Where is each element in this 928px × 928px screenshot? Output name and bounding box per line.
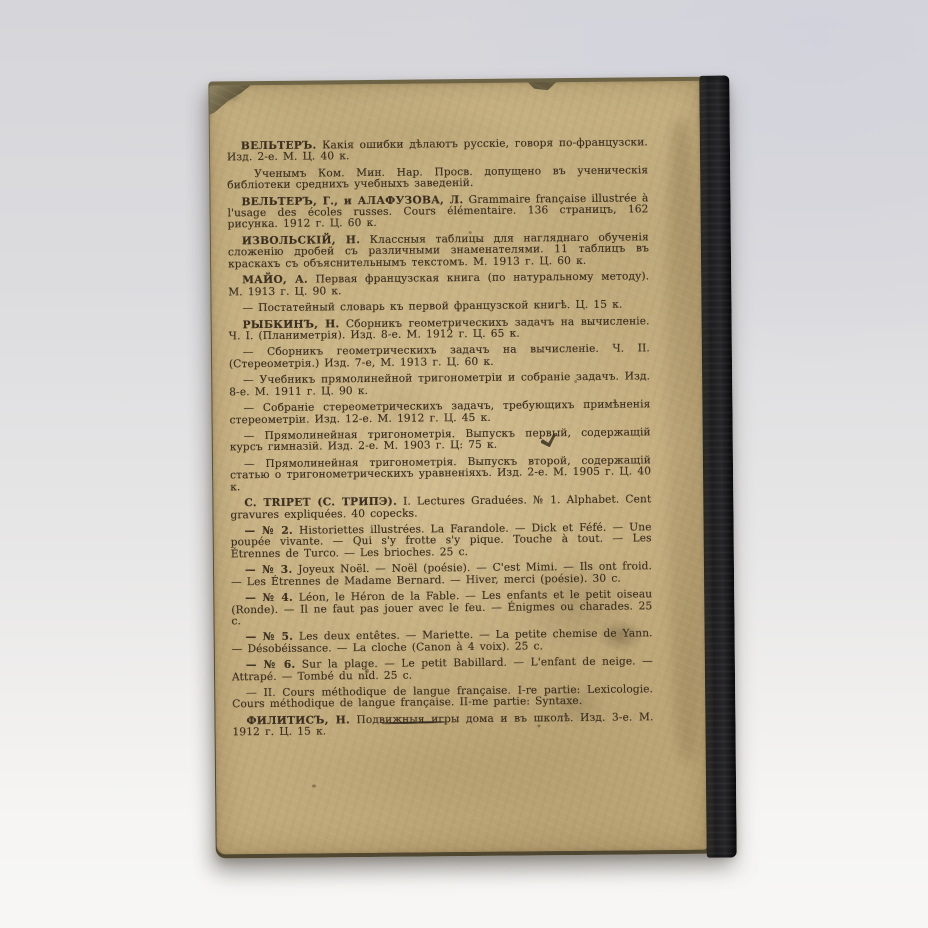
entry-text: — Сборникъ геометрическихъ задачъ на выч… bbox=[229, 343, 650, 370]
entry-text: — Постатейный словарь къ первой французс… bbox=[242, 299, 622, 315]
speck bbox=[312, 785, 316, 788]
entry-text: Joyeux Noël. — Noël (poésie). — C'est Mi… bbox=[231, 561, 652, 588]
catalog-entry: C. TRIPET (С. ТРИПЭ). I. Lectures Gradué… bbox=[230, 494, 651, 521]
catalog-text: ВЕЛЬТЕРЪ. Какія ошибки дѣлаютъ русскіе, … bbox=[227, 137, 654, 744]
catalog-entry: — II. Cours méthodique de langue françai… bbox=[232, 684, 653, 711]
catalog-entry: — Учебникъ прямолинейной тригонометріи и… bbox=[229, 372, 650, 399]
book-back-cover: ВЕЛЬТЕРЪ. Какія ошибки дѣлаютъ русскіе, … bbox=[209, 81, 706, 855]
top-edge-notch bbox=[527, 81, 557, 90]
entry-text: Ученымъ Ком. Мин. Нар. Просв. допущено в… bbox=[227, 164, 648, 191]
catalog-entry: Ученымъ Ком. Мин. Нар. Просв. допущено в… bbox=[227, 165, 648, 192]
catalog-entry: — Прямолинейная тригонометрія. Выпускъ в… bbox=[230, 455, 651, 493]
entry-text: — Учебникъ прямолинейной тригонометріи и… bbox=[229, 371, 650, 398]
catalog-entry: — Собраніе стереометрическихъ задачъ, тр… bbox=[229, 400, 650, 427]
catalog-entry: — № 6. Sur la plage. — Le petit Babillar… bbox=[232, 657, 653, 684]
entry-text: Léon, le Héron de la Fable. — Les enfant… bbox=[231, 588, 652, 627]
catalog-entry: ФИЛИТИСЪ, Н. Подвижныя игры дома и въ шк… bbox=[232, 712, 653, 739]
photo-background: ВЕЛЬТЕРЪ. Какія ошибки дѣлаютъ русскіе, … bbox=[0, 0, 928, 928]
catalog-entry: ВЕЛЬТЕРЪ, Г., и АЛАФУЗОВА, Л. Grammaire … bbox=[227, 193, 648, 231]
entry-text: — II. Cours méthodique de langue françai… bbox=[232, 683, 653, 710]
entry-text: Historiettes illustrées. La Farandole. —… bbox=[231, 521, 652, 560]
entry-text: Les deux entêtes. — Mariette. — La petit… bbox=[232, 628, 653, 655]
catalog-entry: МАЙО, А. Первая французская книга (по на… bbox=[228, 271, 649, 298]
catalog-entry: ИЗВОЛЬСКІЙ, Н. Классныя таблицы для нагл… bbox=[228, 232, 649, 270]
entry-text: — Прямолинейная тригонометрія. Выпускъ в… bbox=[230, 454, 651, 493]
book: ВЕЛЬТЕРЪ. Какія ошибки дѣлаютъ русскіе, … bbox=[208, 77, 735, 859]
catalog-entry: — № 2. Historiettes illustrées. La Faran… bbox=[231, 522, 652, 560]
catalog-entry: — № 4. Léon, le Héron de la Fable. — Les… bbox=[231, 589, 652, 627]
catalog-entry: — Прямолинейная тригонометрія. Выпускъ п… bbox=[230, 427, 651, 454]
entry-text: — Собраніе стереометрическихъ задачъ, тр… bbox=[229, 399, 650, 426]
entry-text: Sur la plage. — Le petit Babillard. — L'… bbox=[232, 656, 653, 683]
catalog-entry: РЫБКИНЪ, Н. Сборникъ геометрическихъ зад… bbox=[229, 316, 650, 343]
stain bbox=[664, 121, 704, 761]
catalog-entry: — № 5. Les deux entêtes. — Mariette. — L… bbox=[232, 629, 653, 656]
catalog-entry: — Сборникъ геометрическихъ задачъ на выч… bbox=[229, 344, 650, 371]
catalog-entry: ВЕЛЬТЕРЪ. Какія ошибки дѣлаютъ русскіе, … bbox=[227, 137, 648, 164]
catalog-entry: — Постатейный словарь къ первой французс… bbox=[228, 299, 649, 314]
entry-text: — Прямолинейная тригонометрія. Выпускъ п… bbox=[230, 426, 651, 453]
catalog-entry: — № 3. Joyeux Noël. — Noël (poésie). — C… bbox=[231, 562, 652, 589]
